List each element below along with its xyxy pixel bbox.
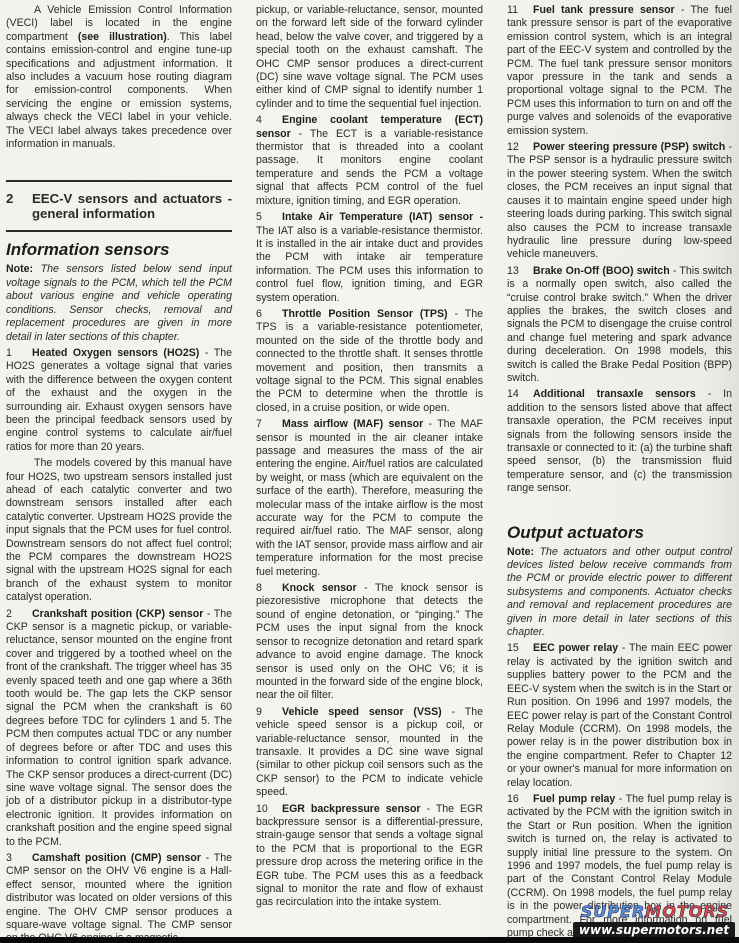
item-6: 6Throttle Position Sensor (TPS) - The TP… — [256, 308, 483, 415]
item-11: 11Fuel tank pressure sensor - The fuel t… — [507, 4, 732, 138]
item-4: 4Engine coolant temperature (ECT) sensor… — [256, 114, 483, 208]
item-3: 3Camshaft position (CMP) sensor - The CM… — [6, 852, 232, 943]
item-15: 15EEC power relay - The main EEC power r… — [507, 642, 732, 789]
output-note: Note: The actuators and other output con… — [507, 546, 732, 640]
item-8: 8Knock sensor - The knock sensor is piez… — [256, 582, 483, 703]
output-actuators-heading: Output actuators — [507, 523, 732, 543]
item-1: 1Heated Oxygen sensors (HO2S) - The HO2S… — [6, 347, 232, 454]
column-2: pickup, or variable-reluctance, sensor, … — [256, 4, 483, 913]
information-sensors-heading: Information sensors — [6, 240, 232, 260]
item-9: 9Vehicle speed sensor (VSS) - The vehicl… — [256, 706, 483, 800]
watermark-url: www.supermotors.net — [573, 922, 735, 938]
veci-paragraph: A Vehicle Emission Control Information (… — [6, 4, 232, 151]
watermark-logo: SUPERMOTORS — [577, 903, 733, 921]
supermotors-watermark: SUPERMOTORS www.supermotors.net — [573, 903, 735, 939]
item-13: 13Brake On-Off (BOO) switch - This switc… — [507, 265, 732, 386]
item-3-continued: pickup, or variable-reluctance, sensor, … — [256, 4, 483, 111]
scan-edge-bar — [0, 937, 739, 943]
item-1-continued: The models covered by this manual have f… — [6, 457, 232, 604]
info-note: Note: The sensors listed below send inpu… — [6, 263, 232, 343]
illustration-reference: (see illustration) — [78, 31, 167, 43]
item-14: 14Additional transaxle sensors - In addi… — [507, 388, 732, 495]
item-2: 2Crankshaft position (CKP) sensor - The … — [6, 608, 232, 849]
item-7: 7Mass airflow (MAF) sensor - The MAF sen… — [256, 418, 483, 579]
item-5: 5Intake Air Temperature (IAT) sensor - T… — [256, 211, 483, 305]
section-number: 2 — [6, 191, 32, 221]
manual-page: A Vehicle Emission Control Information (… — [0, 0, 739, 943]
section-rule-bottom — [6, 230, 232, 232]
item-10: 10EGR backpressure sensor - The EGR back… — [256, 803, 483, 910]
column-3: 11Fuel tank pressure sensor - The fuel t… — [507, 4, 732, 943]
section-heading: 2 EEC-V sensors and actuators - general … — [6, 182, 232, 230]
item-12: 12Power steering pressure (PSP) switch -… — [507, 141, 732, 262]
section-title: EEC-V sensors and actuators - general in… — [32, 191, 232, 221]
column-1: A Vehicle Emission Control Information (… — [6, 4, 232, 943]
